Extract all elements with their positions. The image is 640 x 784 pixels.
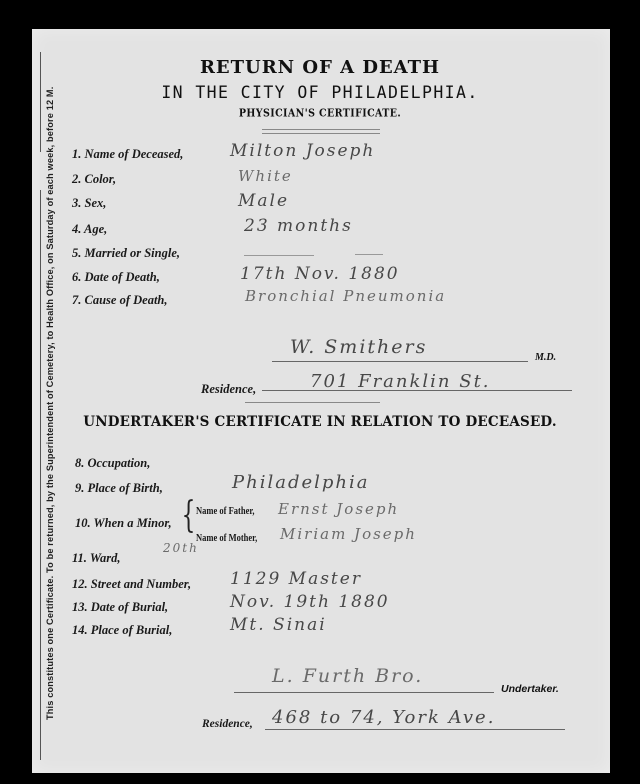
value-color: White [238, 167, 293, 185]
label-name-of-deceased: 1. Name of Deceased, [72, 147, 183, 162]
label-date-of-death: 6. Date of Death, [72, 270, 160, 285]
label-when-a-minor: 10. When a Minor, [75, 516, 172, 531]
undertaker-signature-line [234, 692, 494, 693]
physician-signature: W. Smithers [290, 336, 427, 358]
physician-signature-line [272, 361, 528, 362]
physician-residence-label: Residence, [201, 382, 256, 397]
undertaker-residence-value: 468 to 74, York Ave. [272, 707, 495, 728]
physician-residence-value: 701 Franklin St. [310, 371, 491, 392]
label-place-of-birth: 9. Place of Birth, [75, 481, 163, 496]
label-color: 2. Color, [72, 172, 116, 187]
value-date-of-death: 17th Nov. 1880 [240, 264, 400, 284]
residence-underline [245, 402, 380, 403]
document-title: RETURN OF A DEATH [0, 57, 640, 78]
undertaker-suffix: Undertaker. [501, 683, 559, 695]
value-place-of-birth: Philadelphia [232, 472, 369, 493]
margin-instructions: This constitutes one Certificate. To be … [45, 87, 55, 720]
label-date-of-burial: 13. Date of Burial, [72, 600, 168, 615]
value-cause-of-death: Bronchial Pneumonia [245, 287, 446, 305]
value-street-and-number: 1129 Master [230, 569, 362, 589]
label-occupation: 8. Occupation, [75, 456, 150, 471]
value-name-of-deceased: Milton Joseph [230, 141, 375, 161]
label-name-of-mother: Name of Mother, [196, 533, 257, 544]
label-cause-of-death: 7. Cause of Death, [72, 293, 168, 308]
label-married-or-single: 5. Married or Single, [72, 246, 180, 261]
label-place-of-burial: 14. Place of Burial, [72, 623, 172, 638]
document-subtitle: IN THE CITY OF PHILADELPHIA. [0, 83, 640, 102]
label-name-of-father: Name of Father, [196, 506, 254, 517]
md-suffix: M.D. [535, 352, 556, 363]
undertaker-certificate-heading: UNDERTAKER'S CERTIFICATE IN RELATION TO … [0, 414, 640, 430]
label-ward: 11. Ward, [72, 551, 121, 566]
value-married-or-single-line [244, 255, 314, 256]
physician-certificate-heading: PHYSICIAN'S CERTIFICATE. [0, 107, 640, 120]
header-divider [262, 129, 380, 134]
physician-residence-line [262, 390, 572, 391]
margin-rule [40, 190, 41, 760]
value-sex: Male [238, 191, 289, 211]
value-place-of-burial: Mt. Sinai [230, 615, 327, 635]
value-age: 23 months [244, 216, 353, 236]
label-age: 4. Age, [72, 222, 107, 237]
value-married-or-single-line-2 [355, 254, 383, 255]
value-date-of-burial: Nov. 19th 1880 [230, 592, 390, 612]
label-sex: 3. Sex, [72, 196, 106, 211]
undertaker-signature: L. Furth Bro. [272, 665, 423, 687]
label-street-and-number: 12. Street and Number, [72, 577, 191, 592]
value-ward: 20th [163, 541, 199, 555]
undertaker-residence-line [265, 729, 565, 730]
undertaker-residence-label: Residence, [202, 718, 253, 730]
value-name-of-mother: Miriam Joseph [280, 525, 417, 543]
minor-brace: { [182, 498, 196, 534]
value-name-of-father: Ernst Joseph [278, 500, 399, 518]
